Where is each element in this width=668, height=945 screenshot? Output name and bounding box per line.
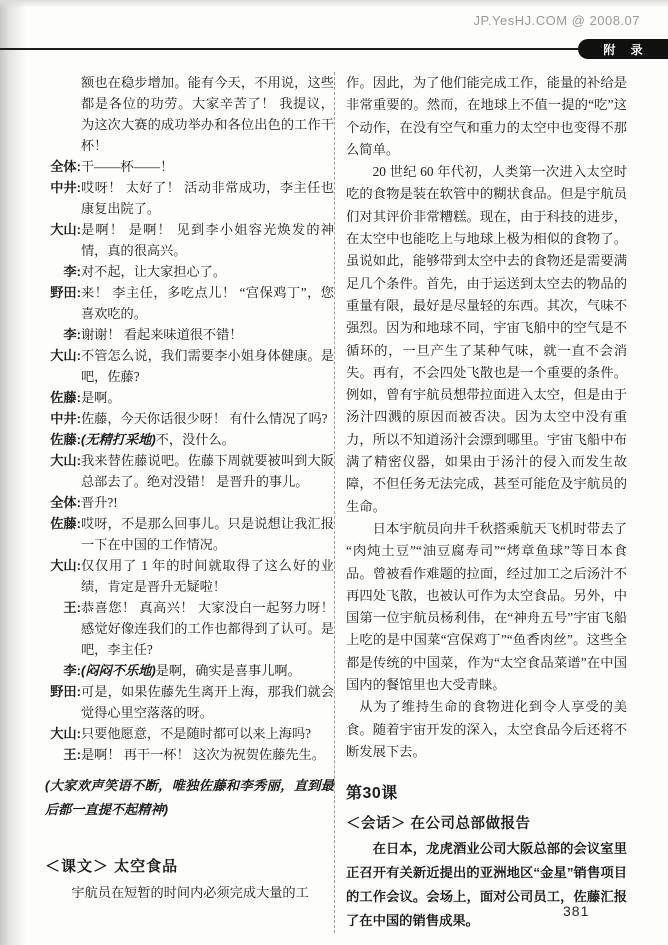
speaker-label: 李: xyxy=(45,324,81,345)
utterance-text: 哎呀！ 太好了！ 活动非常成功，李主任也康复出院了。 xyxy=(81,177,334,219)
dialogue-line: 中井:佐藤，今天你话很少呀！ 有什么情况了吗? xyxy=(45,408,334,429)
speaker-label xyxy=(45,72,81,156)
utterance-text: 晋升?! xyxy=(81,492,334,513)
speaker-label: 大山: xyxy=(45,219,81,261)
utterance-text: 佐藤，今天你话很少呀！ 有什么情况了吗? xyxy=(81,408,334,429)
utterance-text: 我来替佐藤说吧。佐藤下周就要被叫到大阪总部去了。绝对没错！ 是晋升的事儿。 xyxy=(81,450,334,492)
article-paragraph: 日本宇航员向井千秋搭乘航天飞机时带去了“肉炖土豆”“油豆腐寿司”“烤章鱼球”等日… xyxy=(346,518,627,696)
conversation-heading: ＜会话＞ 在公司总部做报告 xyxy=(346,812,627,833)
dialogue-line: 大山:我来替佐藤说吧。佐藤下周就要被叫到大阪总部去了。绝对没错！ 是晋升的事儿。 xyxy=(45,450,334,492)
dialogue-line: 佐藤:是啊。 xyxy=(45,387,334,408)
site-watermark: JP.YesHJ.COM @ 2008.07 xyxy=(473,13,640,28)
dialogue-list: 额也在稳步增加。能有今天，不用说，这些都是各位的功劳。大家辛苦了！ 我提议，为这… xyxy=(45,72,334,765)
speaker-label: 中井: xyxy=(45,408,81,429)
speaker-label: 王: xyxy=(45,597,81,660)
dialogue-line: 额也在稳步增加。能有今天，不用说，这些都是各位的功劳。大家辛苦了！ 我提议，为这… xyxy=(45,72,334,156)
speaker-label: 野田: xyxy=(45,282,81,324)
article-paragraph: 20 世纪 60 年代初，人类第一次进入太空时吃的食物是装在软管中的糊状食品。但… xyxy=(346,161,627,518)
dialogue-line: 王:恭喜您！ 真高兴！ 大家没白一起努力呀！ 感觉好像连我们的工作也都得到了认可… xyxy=(45,597,334,660)
dialogue-line: 佐藤:(无精打采地)不，没什么。 xyxy=(45,429,334,450)
speaker-label: 大山: xyxy=(45,450,81,492)
utterance-text: 是啊。 xyxy=(81,387,334,408)
left-column: 额也在稳步增加。能有今天，不用说，这些都是各位的功劳。大家辛苦了！ 我提议，为这… xyxy=(45,72,334,933)
utterance-text: 可是，如果佐藤先生离开上海，那我们就会觉得心里空落落的呀。 xyxy=(81,681,334,723)
utterance-text: 恭喜您！ 真高兴！ 大家没白一起努力呀！ 感觉好像连我们的工作也都得到了认可。是… xyxy=(81,597,334,660)
dialogue-line: 大山:是啊！ 是啊！ 见到李小姐容光焕发的神情，真的很高兴。 xyxy=(45,219,334,261)
page-number: 381 xyxy=(563,903,589,919)
lesson-text-first-line: 宇航员在短暂的时间内必须完成大量的工 xyxy=(45,882,334,904)
utterance-text: 谢谢！ 看起来味道很不错！ xyxy=(81,324,334,345)
utterance-text: 仅仅用了 1 年的时间就取得了这么好的业绩，肯定是晋升无疑啦！ xyxy=(81,555,334,597)
utterance-text: 是啊！ 再干一杯！ 这次为祝贺佐藤先生。 xyxy=(81,744,334,765)
dialogue-line: 大山:只要他愿意，不是随时都可以来上海吗? xyxy=(45,723,334,744)
textbook-page: JP.YesHJ.COM @ 2008.07 附 录 额也在稳步增加。能有今天，… xyxy=(0,0,668,945)
speaker-label: 大山: xyxy=(45,723,81,744)
article-paragraph: 作。因此，为了他们能完成工作，能量的补给是非常重要的。然而，在地球上不值一提的“… xyxy=(346,72,627,161)
speaker-label: 大山: xyxy=(45,555,81,597)
utterance-text: 只要他愿意，不是随时都可以来上海吗? xyxy=(81,723,334,744)
utterance-text: 哎呀，不是那么回事儿。只是说想让我汇报一下在中国的工作情况。 xyxy=(81,513,334,555)
two-column-content: 额也在稳步增加。能有今天，不用说，这些都是各位的功劳。大家辛苦了！ 我提议，为这… xyxy=(45,72,639,933)
appendix-tab: 附 录 xyxy=(578,39,668,59)
speaker-label: 王: xyxy=(45,744,81,765)
stage-direction: (大家欢声笑语不断，唯独佐藤和李秀丽，直到最后都一直提不起精神) xyxy=(45,774,334,822)
speaker-label: 中井: xyxy=(45,177,81,219)
speaker-label: 李: xyxy=(45,660,81,681)
speaker-label: 野田: xyxy=(45,681,81,723)
dialogue-line: 佐藤:哎呀，不是那么回事儿。只是说想让我汇报一下在中国的工作情况。 xyxy=(45,513,334,555)
lesson-30-heading: 第30课 xyxy=(346,780,627,803)
dialogue-line: 李:对不起，让大家担心了。 xyxy=(45,261,334,282)
stage-direction-inline: (无精打采地) xyxy=(81,432,156,447)
lesson-text-heading: ＜课文＞ 太空食品 xyxy=(45,855,334,876)
stage-direction-inline: (闷闷不乐地) xyxy=(81,663,156,678)
speaker-label: 大山: xyxy=(45,345,81,387)
dialogue-line: 野田:来！ 李主任，多吃点儿！ “宫保鸡丁”，您喜欢吃的。 xyxy=(45,282,334,324)
speaker-label: 全体: xyxy=(45,156,81,177)
utterance-text: 对不起，让大家担心了。 xyxy=(81,261,334,282)
speaker-label: 全体: xyxy=(45,492,81,513)
dialogue-line: 李:谢谢！ 看起来味道很不错！ xyxy=(45,324,334,345)
dialogue-line: 全体:晋升?! xyxy=(45,492,334,513)
article-paragraph: 从为了维持生命的食物进化到令人享受的美食。随着宇宙开发的深入，太空食品今后还将不… xyxy=(346,696,627,763)
dialogue-line: 大山:不管怎么说，我们需要李小姐身体健康。是吧，佐藤? xyxy=(45,345,334,387)
dialogue-line: 李:(闷闷不乐地)是啊，确实是喜事儿啊。 xyxy=(45,660,334,681)
speaker-label: 佐藤: xyxy=(45,429,81,450)
right-column: 作。因此，为了他们能完成工作，能量的补给是非常重要的。然而，在地球上不值一提的“… xyxy=(334,72,627,933)
header-rule xyxy=(0,48,594,50)
speaker-label: 佐藤: xyxy=(45,513,81,555)
utterance-text: 额也在稳步增加。能有今天，不用说，这些都是各位的功劳。大家辛苦了！ 我提议，为这… xyxy=(81,72,334,156)
utterance-text: 是啊！ 是啊！ 见到李小姐容光焕发的神情，真的很高兴。 xyxy=(81,219,334,261)
dialogue-line: 全体:干——杯——！ xyxy=(45,156,334,177)
utterance-text: (闷闷不乐地)是啊，确实是喜事儿啊。 xyxy=(81,660,334,681)
dialogue-line: 中井:哎呀！ 太好了！ 活动非常成功，李主任也康复出院了。 xyxy=(45,177,334,219)
speaker-label: 李: xyxy=(45,261,81,282)
dialogue-line: 大山:仅仅用了 1 年的时间就取得了这么好的业绩，肯定是晋升无疑啦！ xyxy=(45,555,334,597)
utterance-text: 来！ 李主任，多吃点儿！ “宫保鸡丁”，您喜欢吃的。 xyxy=(81,282,334,324)
article-paragraphs: 作。因此，为了他们能完成工作，能量的补给是非常重要的。然而，在地球上不值一提的“… xyxy=(346,72,627,763)
utterance-text: (无精打采地)不，没什么。 xyxy=(81,429,334,450)
utterance-text: 不管怎么说，我们需要李小姐身体健康。是吧，佐藤? xyxy=(81,345,334,387)
speaker-label: 佐藤: xyxy=(45,387,81,408)
dialogue-line: 野田:可是，如果佐藤先生离开上海，那我们就会觉得心里空落落的呀。 xyxy=(45,681,334,723)
utterance-text: 干——杯——！ xyxy=(81,156,334,177)
dialogue-line: 王:是啊！ 再干一杯！ 这次为祝贺佐藤先生。 xyxy=(45,744,334,765)
